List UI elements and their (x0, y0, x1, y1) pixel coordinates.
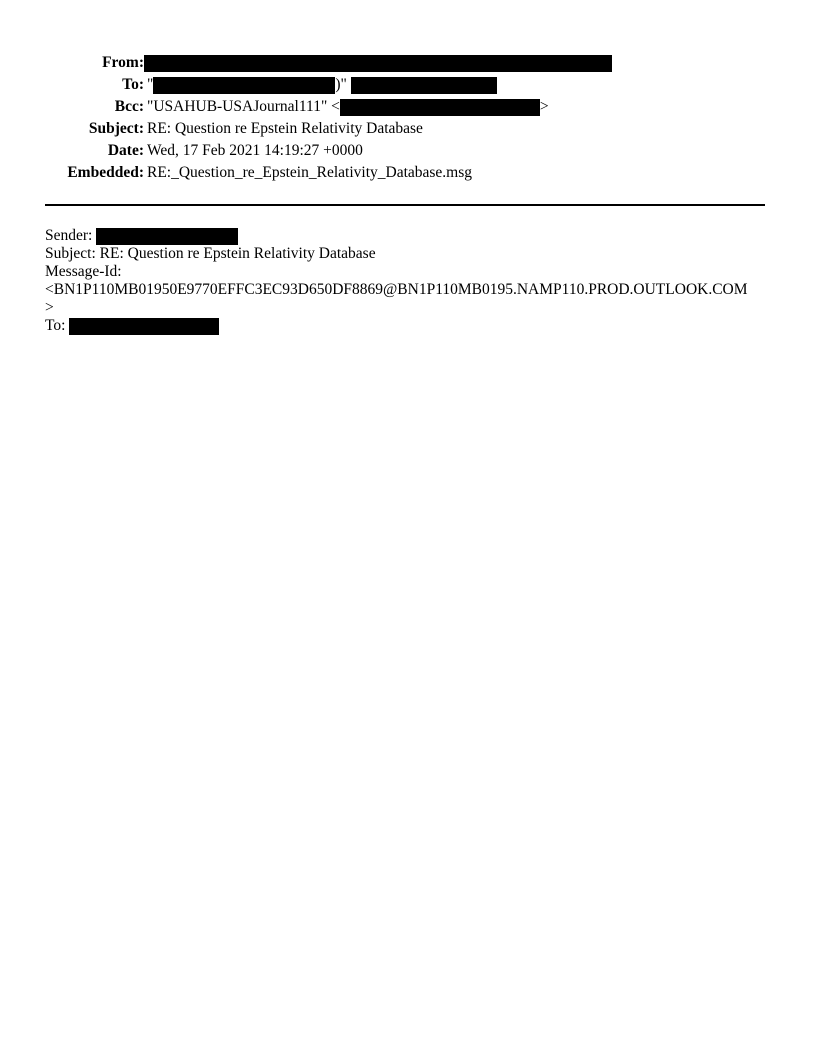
subject-label: Subject: (89, 118, 144, 140)
embedded-value: RE:_Question_re_Epstein_Relativity_Datab… (147, 162, 472, 184)
header-date-row: Date: Wed, 17 Feb 2021 14:19:27 +0000 (0, 140, 816, 162)
message-id-label: Message-Id: (45, 263, 785, 281)
redaction-block (351, 77, 497, 94)
bcc-name: "USAHUB-USAJournal111" < (147, 98, 340, 115)
to-line: To: (45, 317, 785, 335)
from-value (144, 52, 612, 74)
header-bcc-row: Bcc: "USAHUB-USAJournal111" <> (0, 96, 816, 118)
header-divider (45, 204, 765, 206)
message-id-value: <BN1P110MB01950E9770EFFC3EC93D650DF8869@… (45, 281, 785, 299)
date-value: Wed, 17 Feb 2021 14:19:27 +0000 (147, 140, 363, 162)
header-to-row: To: ")" (0, 74, 816, 96)
header-subject-row: Subject: RE: Question re Epstein Relativ… (0, 118, 816, 140)
sender-label: Sender: (45, 227, 96, 244)
to-value: ")" (147, 74, 497, 96)
bcc-label: Bcc: (115, 96, 144, 118)
date-label: Date: (108, 140, 144, 162)
message-body: Sender: Subject: RE: Question re Epstein… (45, 227, 785, 335)
redaction-block (340, 99, 540, 116)
subject-value: RE: Question re Epstein Relativity Datab… (147, 118, 423, 140)
sender-line: Sender: (45, 227, 785, 245)
bcc-value: "USAHUB-USAJournal111" <> (147, 96, 549, 118)
email-header: From: To: ")" Bcc: "USAHUB-USAJournal111… (0, 52, 816, 184)
redaction-block (153, 77, 335, 94)
redaction-block (144, 55, 612, 72)
message-id-close: > (45, 299, 785, 317)
to-line-label: To: (45, 317, 69, 334)
embedded-label: Embedded: (67, 162, 144, 184)
redaction-block (69, 318, 219, 335)
to-quote-close: )" (335, 76, 350, 93)
redaction-block (96, 228, 238, 245)
subject-line: Subject: RE: Question re Epstein Relativ… (45, 245, 785, 263)
to-label: To: (122, 74, 144, 96)
header-embedded-row: Embedded: RE:_Question_re_Epstein_Relati… (0, 162, 816, 184)
from-label: From: (102, 52, 144, 74)
header-from-row: From: (0, 52, 816, 74)
bcc-close: > (540, 98, 549, 115)
